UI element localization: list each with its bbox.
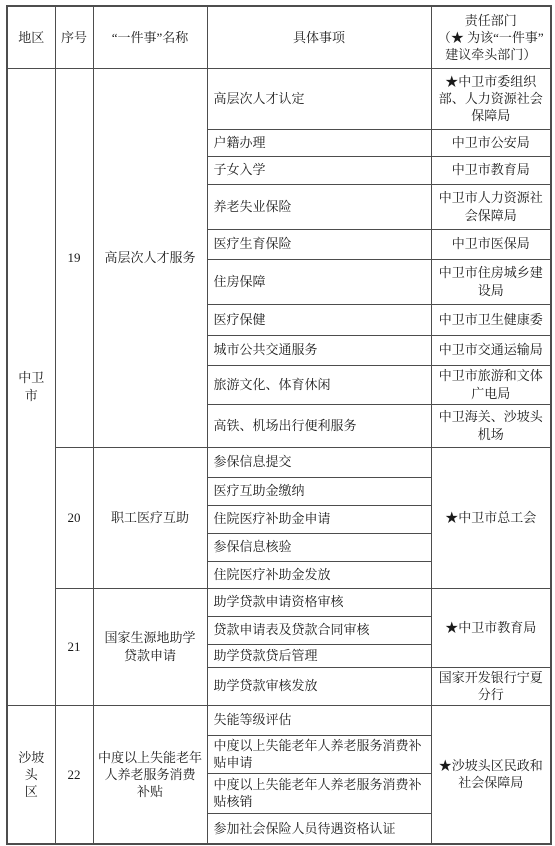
table-row: 21 国家生源地助学 贷款申请 助学贷款申请资格审核 ★中卫市教育局 xyxy=(7,588,551,616)
header-serial: 序号 xyxy=(55,6,93,68)
dept-cell: 国家开发银行宁夏分行 xyxy=(431,667,551,705)
dept-cell: 中卫市人力资源社会保障局 xyxy=(431,184,551,229)
header-region: 地区 xyxy=(7,6,55,68)
item-cell: 高铁、机场出行便利服务 xyxy=(207,404,431,447)
table-row: 20 职工医疗互助 参保信息提交 ★中卫市总工会 xyxy=(7,447,551,477)
region-cell: 中卫市 xyxy=(7,68,55,705)
region-cell: 沙坡头 区 xyxy=(7,705,55,844)
item-cell: 医疗保健 xyxy=(207,304,431,335)
dept-cell: 中卫市旅游和文体广电局 xyxy=(431,365,551,404)
header-row: 地区 序号 “一件事”名称 具体事项 责任部门 （★ 为该“一件事” 建议牵头部… xyxy=(7,6,551,68)
dept-cell: 中卫市交通运输局 xyxy=(431,335,551,365)
item-cell: 住院医疗补助金发放 xyxy=(207,561,431,588)
item-cell: 旅游文化、体育休闲 xyxy=(207,365,431,404)
item-cell: 户籍办理 xyxy=(207,129,431,156)
event-name-cell: 国家生源地助学 贷款申请 xyxy=(93,588,207,705)
item-cell: 住院医疗补助金申请 xyxy=(207,505,431,533)
header-event-name: “一件事”名称 xyxy=(93,6,207,68)
event-name-cell: 中度以上失能老年 人养老服务消费 补贴 xyxy=(93,705,207,844)
dept-cell: 中卫市医保局 xyxy=(431,229,551,259)
item-cell: 失能等级评估 xyxy=(207,705,431,735)
dept-cell: 中卫市卫生健康委 xyxy=(431,304,551,335)
item-cell: 助学贷款审核发放 xyxy=(207,667,431,705)
event-name-cell: 高层次人才服务 xyxy=(93,68,207,447)
serial-cell: 20 xyxy=(55,447,93,588)
dept-cell: ★中卫市委组织部、人力资源社会保障局 xyxy=(431,68,551,129)
dept-cell: 中卫市教育局 xyxy=(431,156,551,184)
item-cell: 城市公共交通服务 xyxy=(207,335,431,365)
table-row: 沙坡头 区 22 中度以上失能老年 人养老服务消费 补贴 失能等级评估 ★沙坡头… xyxy=(7,705,551,735)
header-dept: 责任部门 （★ 为该“一件事” 建议牵头部门） xyxy=(431,6,551,68)
dept-cell: 中卫市住房城乡建设局 xyxy=(431,259,551,304)
item-cell: 子女入学 xyxy=(207,156,431,184)
serial-cell: 22 xyxy=(55,705,93,844)
item-cell: 高层次人才认定 xyxy=(207,68,431,129)
item-cell: 医疗互助金缴纳 xyxy=(207,477,431,505)
dept-cell: ★沙坡头区民政和社会保障局 xyxy=(431,705,551,844)
item-cell: 参加社会保险人员待遇资格认证 xyxy=(207,813,431,844)
dept-cell: 中卫市公安局 xyxy=(431,129,551,156)
serial-cell: 21 xyxy=(55,588,93,705)
dept-cell: ★中卫市总工会 xyxy=(431,447,551,588)
item-cell: 参保信息核验 xyxy=(207,533,431,561)
dept-cell: ★中卫市教育局 xyxy=(431,588,551,667)
header-items: 具体事项 xyxy=(207,6,431,68)
table-row: 中卫市 19 高层次人才服务 高层次人才认定 ★中卫市委组织部、人力资源社会保障… xyxy=(7,68,551,129)
event-name-cell: 职工医疗互助 xyxy=(93,447,207,588)
item-cell: 医疗生育保险 xyxy=(207,229,431,259)
dept-cell: 中卫海关、沙坡头机场 xyxy=(431,404,551,447)
item-cell: 助学贷款贷后管理 xyxy=(207,644,431,667)
item-cell: 贷款申请表及贷款合同审核 xyxy=(207,616,431,644)
item-cell: 参保信息提交 xyxy=(207,447,431,477)
item-cell: 住房保障 xyxy=(207,259,431,304)
item-cell: 中度以上失能老年人养老服务消费补贴申请 xyxy=(207,735,431,773)
item-cell: 中度以上失能老年人养老服务消费补贴核销 xyxy=(207,773,431,813)
serial-cell: 19 xyxy=(55,68,93,447)
item-cell: 养老失业保险 xyxy=(207,184,431,229)
one-matter-services-table: 地区 序号 “一件事”名称 具体事项 责任部门 （★ 为该“一件事” 建议牵头部… xyxy=(6,5,552,845)
item-cell: 助学贷款申请资格审核 xyxy=(207,588,431,616)
